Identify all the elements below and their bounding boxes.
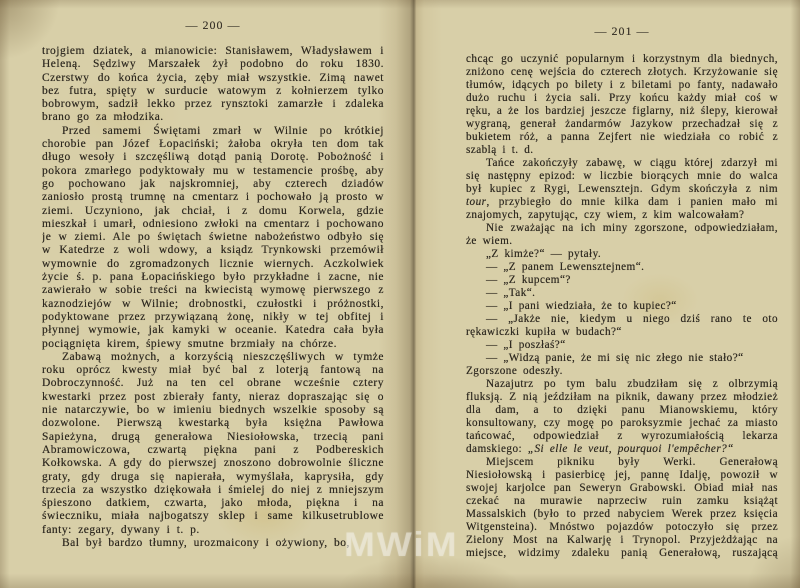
page-201: — 201 — chcąc go uczynić popularnym i ko…: [466, 24, 778, 559]
body-text: — „I poszłaś?“: [486, 339, 566, 351]
paragraph: — „Z panem Lewensztejnem“.: [466, 261, 778, 274]
paragraph: chcąc go uczynić popularnym i korzystnym…: [466, 53, 778, 157]
paragraph: — „Jakże nie, kiedym u niego dziś rano t…: [466, 313, 778, 339]
body-text: Nie zważając na ich miny zgorszone, odpo…: [466, 222, 778, 247]
paragraph: Bal był bardzo tłumny, urozmaicony i oży…: [42, 537, 384, 550]
paragraph: — „I pani wiedziała, że to kupiec?“: [466, 300, 778, 313]
body-text: — „Z panem Lewensztejnem“.: [486, 261, 644, 273]
page-number-left: — 200 —: [42, 18, 384, 33]
page-200: — 200 — trojgiem dziatek, a mianowicie: …: [42, 18, 384, 569]
body-text: trojgiem dziatek, a mianowicie: Stanisła…: [42, 45, 384, 123]
italic-text: tour: [466, 196, 486, 208]
paragraph: — „Tak“.: [466, 287, 778, 300]
body-text: Zabawą możnych, a korzyścią nieszczęśliw…: [42, 351, 384, 536]
body-text: — „Widzą panie, że mi się nic złego nie …: [486, 352, 744, 364]
page-200-text: trojgiem dziatek, a mianowicie: Stanisła…: [42, 45, 384, 569]
paragraph: — „I poszłaś?“: [466, 339, 778, 352]
italic-text: „Si elle le veut, pourquoi l'empêcher?“: [528, 443, 734, 455]
paragraph: trojgiem dziatek, a mianowicie: Stanisła…: [42, 45, 384, 125]
paragraph: Nie zważając na ich miny zgorszone, odpo…: [466, 222, 778, 248]
page-number-right: — 201 —: [466, 24, 778, 39]
body-text: Miejscem pikniku były Werki. Generałową …: [466, 456, 778, 559]
page-201-text: chcąc go uczynić popularnym i korzystnym…: [466, 53, 778, 559]
body-text: Bal był bardzo tłumny, urozmaicony i oży…: [62, 537, 350, 549]
body-text: — „Jakże nie, kiedym u niego dziś rano t…: [466, 313, 778, 338]
paragraph: Zgorszone odeszły.: [466, 365, 778, 378]
book-spread: — 200 — trojgiem dziatek, a mianowicie: …: [0, 0, 800, 588]
body-text: „Z kimże?“ — pytały.: [486, 248, 601, 260]
paragraph: — „Z kupcem“?: [466, 274, 778, 287]
paragraph: — „Widzą panie, że mi się nic złego nie …: [466, 352, 778, 365]
book-gutter-shadow: [378, 0, 442, 588]
body-text: chcąc go uczynić popularnym i korzystnym…: [466, 53, 778, 156]
body-text: — „Tak“.: [486, 287, 535, 299]
paragraph: Zabawą możnych, a korzyścią nieszczęśliw…: [42, 351, 384, 537]
paragraph: Przed samemi Świętami zmarł w Wilnie po …: [42, 125, 384, 351]
paragraph: „Z kimże?“ — pytały.: [466, 248, 778, 261]
paragraph: Nazajutrz po tym balu zbudziłam się z ol…: [466, 378, 778, 456]
body-text: , przybiegło do mnie kilka dam i panien …: [466, 196, 778, 221]
body-text: Przed samemi Świętami zmarł w Wilnie po …: [42, 125, 384, 350]
body-text: — „I pani wiedziała, że to kupiec?“: [486, 300, 677, 312]
body-text: Tańce zakończyły zabawę, w ciągu której …: [466, 157, 778, 195]
body-text: — „Z kupcem“?: [486, 274, 571, 286]
body-text: Zgorszone odeszły.: [466, 365, 563, 377]
paragraph: Miejscem pikniku były Werki. Generałową …: [466, 456, 778, 559]
paragraph: Tańce zakończyły zabawę, w ciągu której …: [466, 157, 778, 222]
